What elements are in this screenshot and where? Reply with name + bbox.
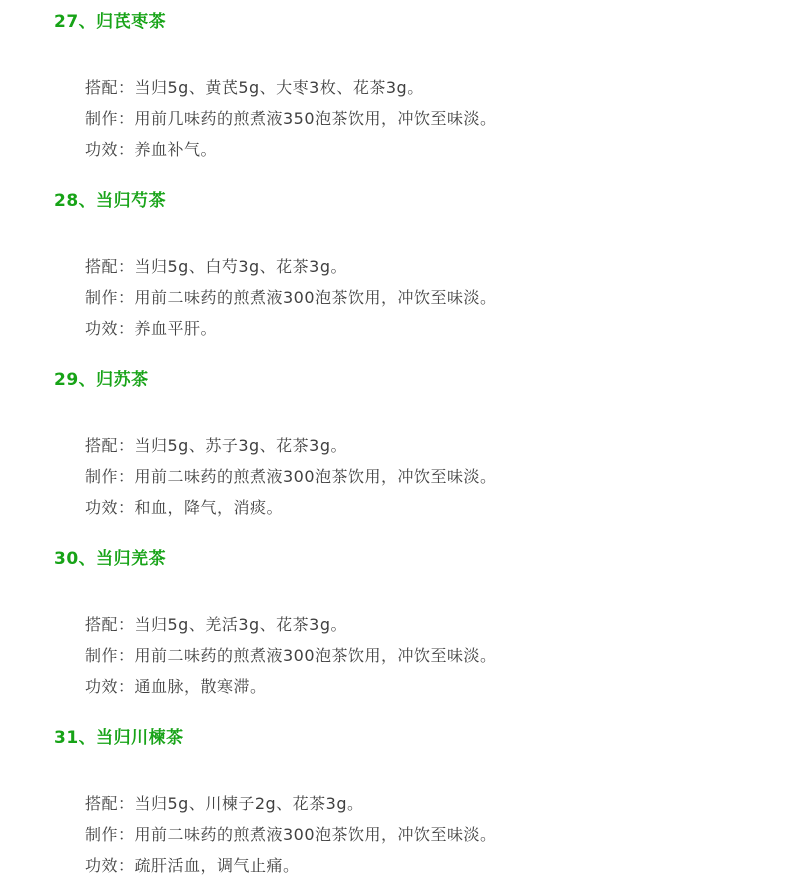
recipe-effect-line: 功效：养血补气。 — [85, 134, 812, 165]
recipe-body: 搭配：当归5g、黄芪5g、大枣3枚、花茶3g。 制作：用前几味药的煎煮液350泡… — [85, 72, 812, 165]
recipe-preparation-line: 制作：用前二味药的煎煮液300泡茶饮用，冲饮至味淡。 — [85, 819, 812, 850]
recipe-ingredients-line: 搭配：当归5g、川楝子2g、花茶3g。 — [85, 788, 812, 819]
recipe-ingredients-line: 搭配：当归5g、黄芪5g、大枣3枚、花茶3g。 — [85, 72, 812, 103]
recipe-preparation-line: 制作：用前几味药的煎煮液350泡茶饮用，冲饮至味淡。 — [85, 103, 812, 134]
recipe-effect-line: 功效：和血，降气，消痰。 — [85, 492, 812, 523]
recipe-section: 29、归苏茶 搭配：当归5g、苏子3g、花茶3g。 制作：用前二味药的煎煮液30… — [0, 370, 812, 523]
recipe-body: 搭配：当归5g、苏子3g、花茶3g。 制作：用前二味药的煎煮液300泡茶饮用，冲… — [85, 430, 812, 523]
recipe-section: 27、归芪枣茶 搭配：当归5g、黄芪5g、大枣3枚、花茶3g。 制作：用前几味药… — [0, 12, 812, 165]
recipe-body: 搭配：当归5g、白芍3g、花茶3g。 制作：用前二味药的煎煮液300泡茶饮用，冲… — [85, 251, 812, 344]
article-page: 27、归芪枣茶 搭配：当归5g、黄芪5g、大枣3枚、花茶3g。 制作：用前几味药… — [0, 0, 812, 875]
recipe-body: 搭配：当归5g、川楝子2g、花茶3g。 制作：用前二味药的煎煮液300泡茶饮用，… — [85, 788, 812, 875]
recipe-effect-line: 功效：养血平肝。 — [85, 313, 812, 344]
recipe-title: 28、当归芍茶 — [54, 191, 812, 211]
recipe-section: 30、当归羌茶 搭配：当归5g、羌活3g、花茶3g。 制作：用前二味药的煎煮液3… — [0, 549, 812, 702]
recipe-preparation-line: 制作：用前二味药的煎煮液300泡茶饮用，冲饮至味淡。 — [85, 282, 812, 313]
recipe-section: 31、当归川楝茶 搭配：当归5g、川楝子2g、花茶3g。 制作：用前二味药的煎煮… — [0, 728, 812, 875]
recipe-effect-line: 功效：疏肝活血，调气止痛。 — [85, 850, 812, 875]
recipe-title: 29、归苏茶 — [54, 370, 812, 390]
recipe-preparation-line: 制作：用前二味药的煎煮液300泡茶饮用，冲饮至味淡。 — [85, 461, 812, 492]
recipe-title: 30、当归羌茶 — [54, 549, 812, 569]
recipe-section: 28、当归芍茶 搭配：当归5g、白芍3g、花茶3g。 制作：用前二味药的煎煮液3… — [0, 191, 812, 344]
recipe-ingredients-line: 搭配：当归5g、苏子3g、花茶3g。 — [85, 430, 812, 461]
recipe-ingredients-line: 搭配：当归5g、羌活3g、花茶3g。 — [85, 609, 812, 640]
recipe-title: 27、归芪枣茶 — [54, 12, 812, 32]
recipe-preparation-line: 制作：用前二味药的煎煮液300泡茶饮用，冲饮至味淡。 — [85, 640, 812, 671]
recipe-effect-line: 功效：通血脉，散寒滞。 — [85, 671, 812, 702]
recipe-title: 31、当归川楝茶 — [54, 728, 812, 748]
recipe-ingredients-line: 搭配：当归5g、白芍3g、花茶3g。 — [85, 251, 812, 282]
recipe-body: 搭配：当归5g、羌活3g、花茶3g。 制作：用前二味药的煎煮液300泡茶饮用，冲… — [85, 609, 812, 702]
